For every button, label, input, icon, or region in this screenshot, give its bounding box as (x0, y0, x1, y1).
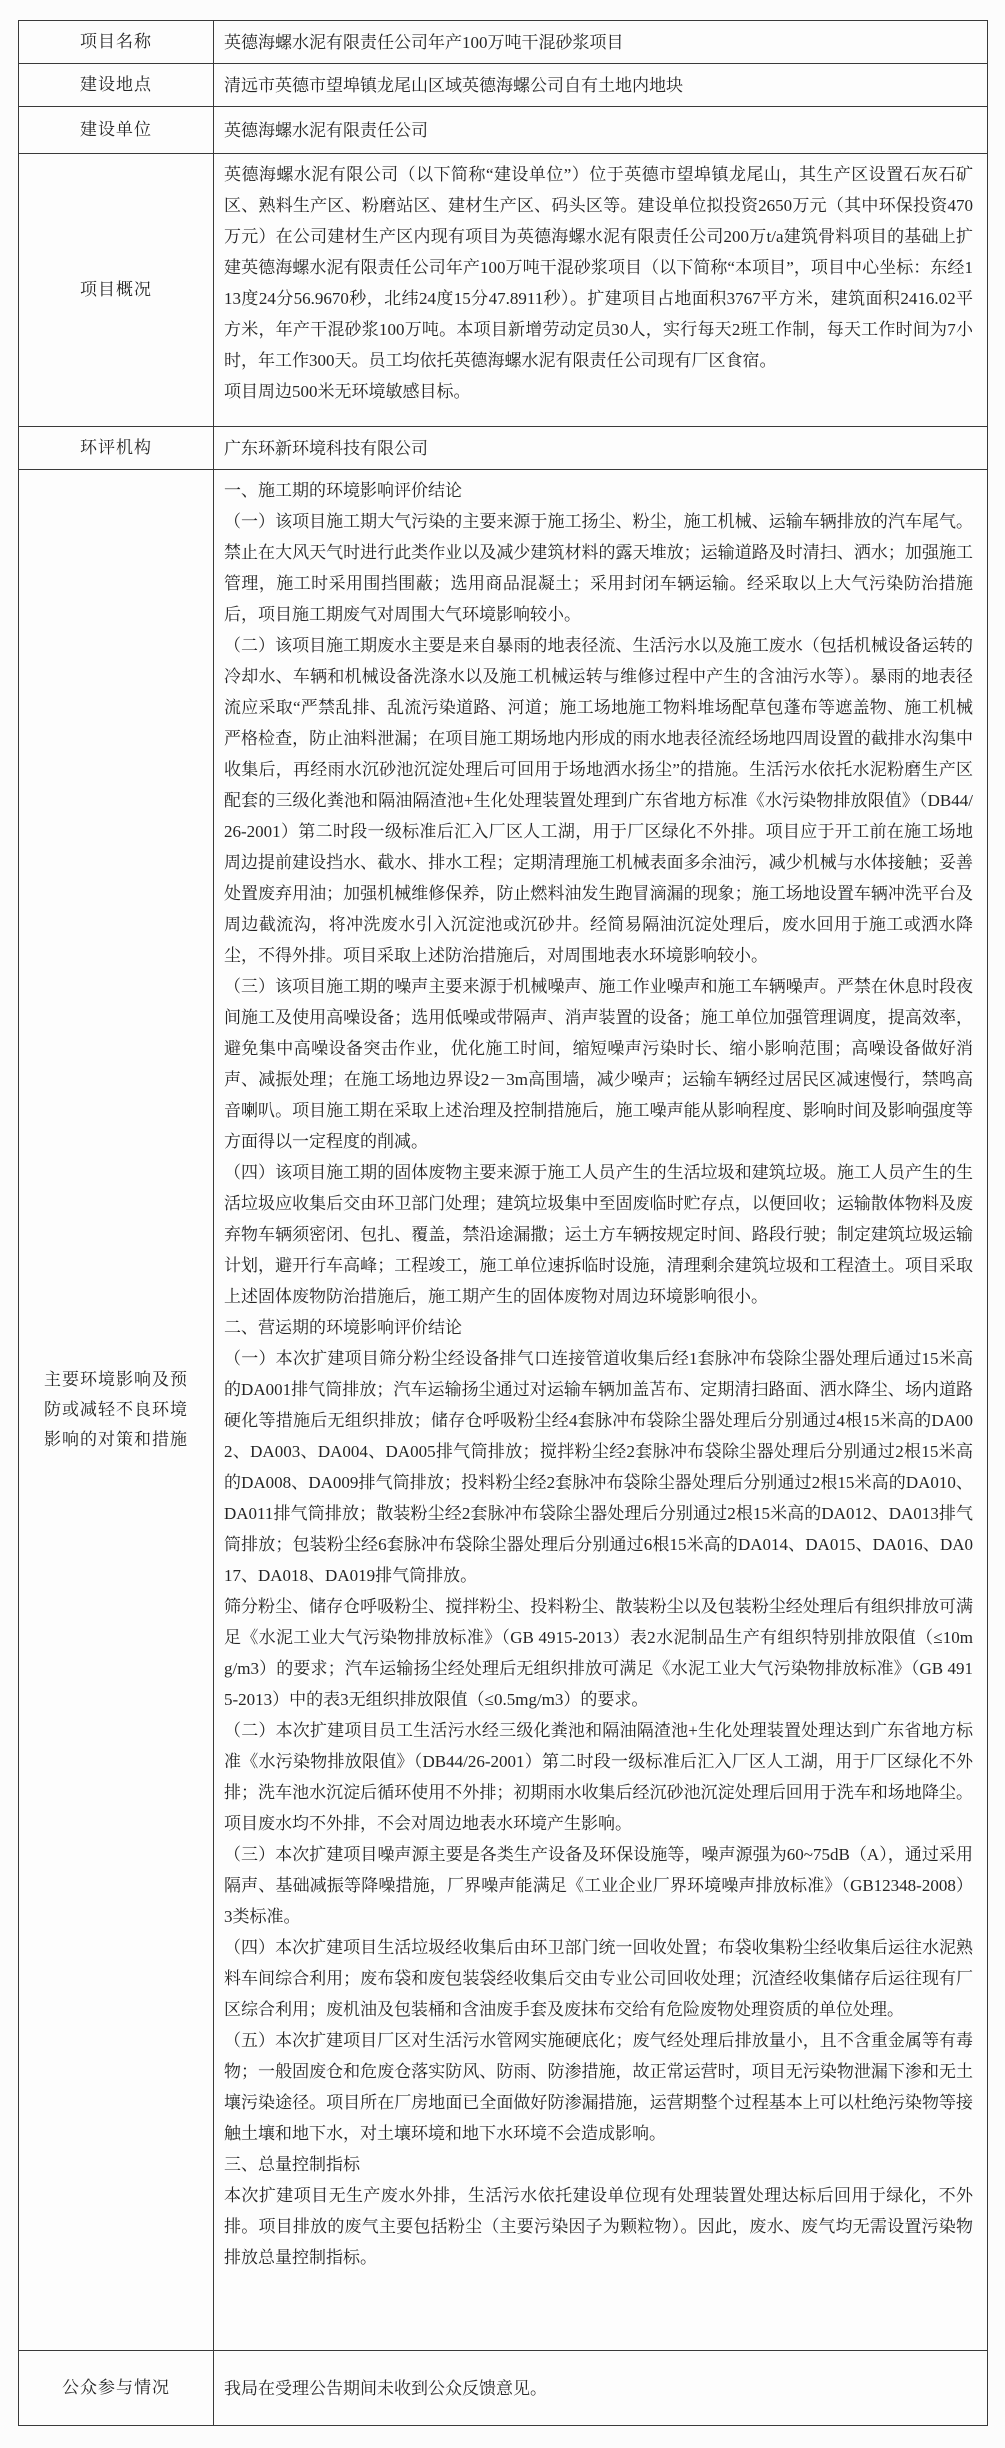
row-content: 英德海螺水泥有限责任公司 (214, 107, 987, 153)
row-construction-unit: 建设单位 英德海螺水泥有限责任公司 (19, 107, 987, 154)
row-label: 项目概况 (19, 154, 214, 426)
eia-notice-table: 项目名称 英德海螺水泥有限责任公司年产100万吨干混砂浆项目 建设地点 清远市英… (18, 20, 988, 2426)
paragraph: （三）本次扩建项目噪声源主要是各类生产设备及环保设施等，噪声源强为60~75dB… (224, 1839, 973, 1932)
paragraph: （一）本次扩建项目筛分粉尘经设备排气口连接管道收集后经1套脉冲布袋除尘器处理后通… (224, 1343, 973, 1591)
row-label: 环评机构 (19, 427, 214, 469)
row-eia-agency: 环评机构 广东环新环境科技有限公司 (19, 427, 987, 470)
row-public-participation: 公众参与情况 我局在受理公告期间未收到公众反馈意见。 (19, 2351, 987, 2425)
row-content: 一、施工期的环境影响评价结论 （一）该项目施工期大气污染的主要来源于施工扬尘、粉… (214, 470, 987, 2350)
row-environmental-impacts: 主要环境影响及预防或减轻不良环境影响的对策和措施 一、施工期的环境影响评价结论 … (19, 470, 987, 2351)
paragraph: 筛分粉尘、储存仓呼吸粉尘、搅拌粉尘、投料粉尘、散装粉尘以及包装粉尘经处理后有组织… (224, 1591, 973, 1715)
row-label: 建设单位 (19, 107, 214, 153)
paragraph: 英德海螺水泥有限公司（以下简称“建设单位”）位于英德市望埠镇龙尾山，其生产区设置… (224, 159, 973, 376)
paragraph: （二）该项目施工期废水主要是来自暴雨的地表径流、生活污水以及施工废水（包括机械设… (224, 630, 973, 971)
row-content: 英德海螺水泥有限公司（以下简称“建设单位”）位于英德市望埠镇龙尾山，其生产区设置… (214, 154, 987, 426)
paragraph: （三）该项目施工期的噪声主要来源于机械噪声、施工作业噪声和施工车辆噪声。严禁在休… (224, 971, 973, 1157)
row-project-name: 项目名称 英德海螺水泥有限责任公司年产100万吨干混砂浆项目 (19, 21, 987, 64)
row-content: 广东环新环境科技有限公司 (214, 427, 987, 469)
paragraph: （五）本次扩建项目厂区对生活污水管网实施硬底化；废气经处理后排放量小，且不含重金… (224, 2025, 973, 2149)
row-project-overview: 项目概况 英德海螺水泥有限公司（以下简称“建设单位”）位于英德市望埠镇龙尾山，其… (19, 154, 987, 427)
paragraph: 二、营运期的环境影响评价结论 (224, 1312, 973, 1343)
paragraph: （四）该项目施工期的固体废物主要来源于施工人员产生的生活垃圾和建筑垃圾。施工人员… (224, 1157, 973, 1312)
row-location: 建设地点 清远市英德市望埠镇龙尾山区域英德海螺公司自有土地内地块 (19, 64, 987, 107)
row-label: 建设地点 (19, 64, 214, 106)
paragraph: （二）本次扩建项目员工生活污水经三级化粪池和隔油隔渣池+生化处理装置处理达到广东… (224, 1715, 973, 1839)
paragraph: （一）该项目施工期大气污染的主要来源于施工扬尘、粉尘，施工机械、运输车辆排放的汽… (224, 506, 973, 630)
paragraph: 一、施工期的环境影响评价结论 (224, 475, 973, 506)
document-page: 项目名称 英德海螺水泥有限责任公司年产100万吨干混砂浆项目 建设地点 清远市英… (0, 0, 1005, 2448)
paragraph: 项目周边500米无环境敏感目标。 (224, 376, 973, 407)
paragraph: （四）本次扩建项目生活垃圾经收集后由环卫部门统一回收处置；布袋收集粉尘经收集后运… (224, 1932, 973, 2025)
row-content: 我局在受理公告期间未收到公众反馈意见。 (214, 2351, 987, 2425)
row-label: 主要环境影响及预防或减轻不良环境影响的对策和措施 (19, 470, 214, 2350)
row-content: 英德海螺水泥有限责任公司年产100万吨干混砂浆项目 (214, 21, 987, 63)
paragraph: 三、总量控制指标 (224, 2149, 973, 2180)
paragraph: 本次扩建项目无生产废水外排，生活污水依托建设单位现有处理装置处理达标后回用于绿化… (224, 2180, 973, 2273)
row-label: 项目名称 (19, 21, 214, 63)
row-content: 清远市英德市望埠镇龙尾山区域英德海螺公司自有土地内地块 (214, 64, 987, 106)
row-label: 公众参与情况 (19, 2351, 214, 2425)
